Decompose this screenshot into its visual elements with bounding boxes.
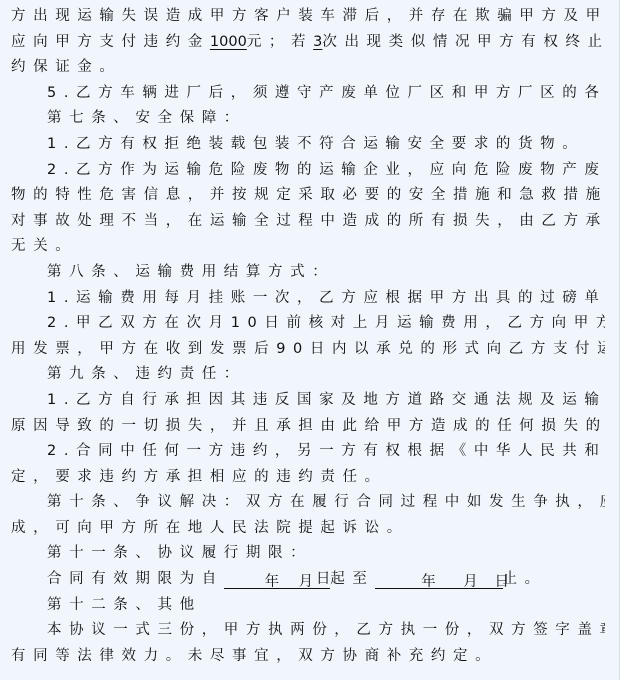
article-9-item-1-line-2: 原因导致的一切损失，并且承担由此给甲方造成的任何损失的赔偿责任。 [11, 414, 605, 440]
article-10-line-1: 第十条、争议解决：双方在履行合同过程中如发生争执，应协商解决。协商不 [11, 490, 605, 516]
term-prefix: 合同有效期限为自 [47, 571, 224, 587]
clause-penalty-line-1: 方出现运输失误造成甲方客户装车滞后，并存在欺骗甲方及甲方客户的情况，乙方 [11, 4, 605, 30]
article-10-line-2: 成，可向甲方所在地人民法院提起诉讼。 [11, 516, 605, 542]
article-8-heading: 第八条、运输费用结算方式： [11, 260, 605, 286]
article-7-item-1: 1.乙方有权拒绝装载包装不符合运输安全要求的货物。 [11, 132, 605, 158]
term-suffix: 止。 [503, 571, 547, 587]
start-day-label: 日 [316, 571, 331, 587]
contract-document: 方出现运输失误造成甲方客户装车滞后，并存在欺骗甲方及甲方客户的情况，乙方 应向甲… [0, 0, 620, 680]
start-date-field[interactable]: 年月 [224, 570, 330, 589]
article-11-heading: 第十一条、协议履行期限： [11, 541, 605, 567]
article-8-item-1: 1.运输费用每月挂账一次，乙方应根据甲方出具的过磅单原件进行挂账。 [11, 286, 605, 312]
article-9-item-2-line-1: 2.合同中任何一方违约，另一方有权根据《中华人民共和国合同法》的相关规 [11, 439, 605, 465]
article-12-line-2: 有同等法律效力。未尽事宜，双方协商补充约定。 [11, 644, 605, 670]
penalty-occurrence-count: 3 [313, 34, 322, 50]
end-day-label: 日 [495, 570, 503, 593]
article-12-heading: 第十二条、其他 [11, 593, 605, 619]
article-8-item-2-line-1: 2.甲乙双方在次月10日前核对上月运输费用，乙方向甲方提供9%运输增值税专 [11, 311, 605, 337]
term-connector: 起至 [330, 571, 374, 587]
clause-penalty-line-2: 应向甲方支付违约金1000元；若3次出现类似情况甲方有权终止合同，并不返还履 [11, 30, 605, 56]
clause-item-5: 5.乙方车辆进厂后，须遵守产废单位厂区和甲方厂区的各项管理规定。 [11, 81, 605, 107]
article-7-item-2-line-1: 2.乙方作为运输危险废物的运输企业，应向危险废物产废单位了解所运危险废 [11, 158, 605, 184]
article-7-item-2-line-3: 对事故处理不当，在运输全过程中造成的所有损失，由乙方承担责任后果，与甲方 [11, 209, 605, 235]
article-9-heading: 第九条、违约责任： [11, 362, 605, 388]
article-7-heading: 第七条、安全保障： [11, 106, 605, 132]
article-11-term-line: 合同有效期限为自年月日起至年月日止。 [11, 567, 605, 593]
penalty-text-pre: 应向甲方支付违约金 [11, 34, 210, 50]
article-12-line-1: 本协议一式三份，甲方执两份，乙方执一份，双方签字盖章后生效，传真件具 [11, 618, 605, 644]
article-7-item-2-line-4: 无关。 [11, 234, 605, 260]
penalty-text-mid: 元；若 [247, 34, 313, 50]
article-7-item-2-line-2: 物的特性危害信息，并按规定采取必要的安全措施和急救措施，由于乙方过失或者 [11, 183, 605, 209]
penalty-text-post: 次出现类似情况甲方有权终止合同，并不返还履 [322, 34, 605, 50]
end-date-field[interactable]: 年月日 [375, 570, 503, 589]
start-year-label: 年 [264, 570, 280, 593]
penalty-amount: 1000 [210, 34, 247, 50]
article-9-item-2-line-2: 定，要求违约方承担相应的违约责任。 [11, 465, 605, 491]
end-year-label: 年 [421, 570, 437, 593]
article-9-item-1-line-1: 1.乙方自行承担因其违反国家及地方道路交通法规及运输车辆管理法律法规等 [11, 388, 605, 414]
article-8-item-2-line-2: 用发票，甲方在收到发票后90日内以承兑的形式向乙方支付运输费用。 [11, 337, 605, 363]
end-month-label: 月 [463, 570, 479, 593]
clause-penalty-line-3: 约保证金。 [11, 55, 605, 81]
start-month-label: 月 [298, 570, 314, 593]
